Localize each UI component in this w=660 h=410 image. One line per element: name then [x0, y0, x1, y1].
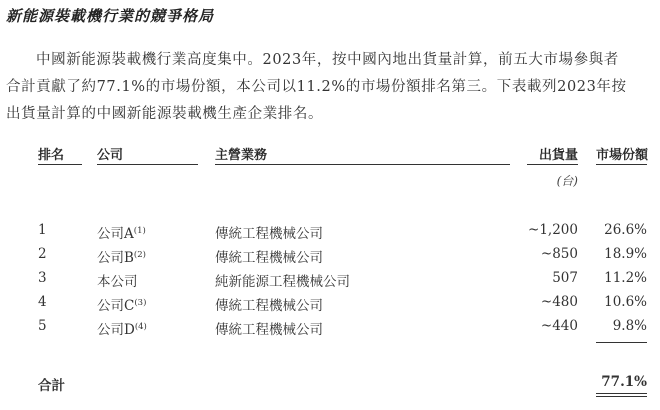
share-cell: 11.2%: [596, 270, 647, 286]
business-cell: 傳統工程機械公司: [215, 318, 323, 338]
shipment-unit: (台): [527, 172, 578, 189]
company-name: 公司B: [97, 250, 134, 266]
paragraph-line: 中國新能源裝載機行業高度集中。2023年，按中國內地出貨量計算，前五大市場參與者: [6, 47, 656, 74]
intro-paragraph: 中國新能源裝載機行業高度集中。2023年，按中國內地出貨量計算，前五大市場參與者…: [6, 47, 656, 128]
company-cell: 本公司: [97, 270, 138, 290]
rank-cell: 1: [38, 222, 47, 238]
section-title: 新能源裝載機行業的競爭格局: [6, 5, 214, 26]
subtotal-rule: [596, 342, 647, 343]
rank-cell: 2: [38, 246, 47, 262]
table-row: 5 公司D(4) 傳統工程機械公司 ~440 9.8%: [0, 318, 660, 342]
paragraph-line: 合計貢獻了約77.1%的市場份額，本公司以11.2%的市場份額排名第三。下表載列…: [6, 74, 656, 101]
column-header-business: 主營業務: [215, 144, 510, 165]
column-header-company: 公司: [97, 144, 198, 165]
company-name: 公司D: [97, 322, 135, 338]
footnote-marker: (4): [135, 322, 147, 332]
table-row: 1 公司A(1) 傳統工程機械公司 ~1,200 26.6%: [0, 222, 660, 246]
share-cell: 9.8%: [596, 318, 647, 334]
column-header-share: 市場份額: [596, 144, 647, 165]
paragraph-line: 出貨量計算的中國新能源裝載機生產企業排名。: [6, 101, 656, 128]
shipment-cell: ~850: [507, 246, 578, 262]
column-header-rank: 排名: [38, 144, 82, 165]
business-cell: 傳統工程機械公司: [215, 246, 323, 266]
total-share: 77.1%: [596, 374, 647, 390]
company-cell: 公司A(1): [97, 222, 146, 242]
column-header-shipment: 出貨量: [527, 144, 578, 165]
share-cell: 18.9%: [596, 246, 647, 262]
shipment-cell: ~440: [507, 318, 578, 334]
company-cell: 公司D(4): [97, 318, 147, 338]
footnote-marker: (1): [134, 226, 146, 236]
business-cell: 傳統工程機械公司: [215, 222, 323, 242]
company-name: 公司A: [97, 226, 134, 242]
table-row: 3 本公司 純新能源工程機械公司 507 11.2%: [0, 270, 660, 294]
rank-cell: 4: [38, 294, 47, 310]
company-cell: 公司B(2): [97, 246, 146, 266]
footnote-marker: (2): [134, 250, 146, 260]
shipment-cell: ~1,200: [507, 222, 578, 238]
table-row: 2 公司B(2) 傳統工程機械公司 ~850 18.9%: [0, 246, 660, 270]
rank-cell: 5: [38, 318, 47, 334]
total-double-rule: [596, 393, 647, 397]
table-row: 4 公司C(3) 傳統工程機械公司 ~480 10.6%: [0, 294, 660, 318]
company-cell: 公司C(3): [97, 294, 146, 314]
footnote-marker: (3): [134, 298, 146, 308]
company-name: 本公司: [97, 274, 138, 290]
share-cell: 10.6%: [596, 294, 647, 310]
share-cell: 26.6%: [596, 222, 647, 238]
business-cell: 傳統工程機械公司: [215, 294, 323, 314]
shipment-cell: ~480: [507, 294, 578, 310]
shipment-cell: 507: [507, 270, 578, 286]
company-name: 公司C: [97, 298, 134, 314]
rank-cell: 3: [38, 270, 47, 286]
business-cell: 純新能源工程機械公司: [215, 270, 350, 290]
total-label: 合計: [38, 374, 65, 394]
